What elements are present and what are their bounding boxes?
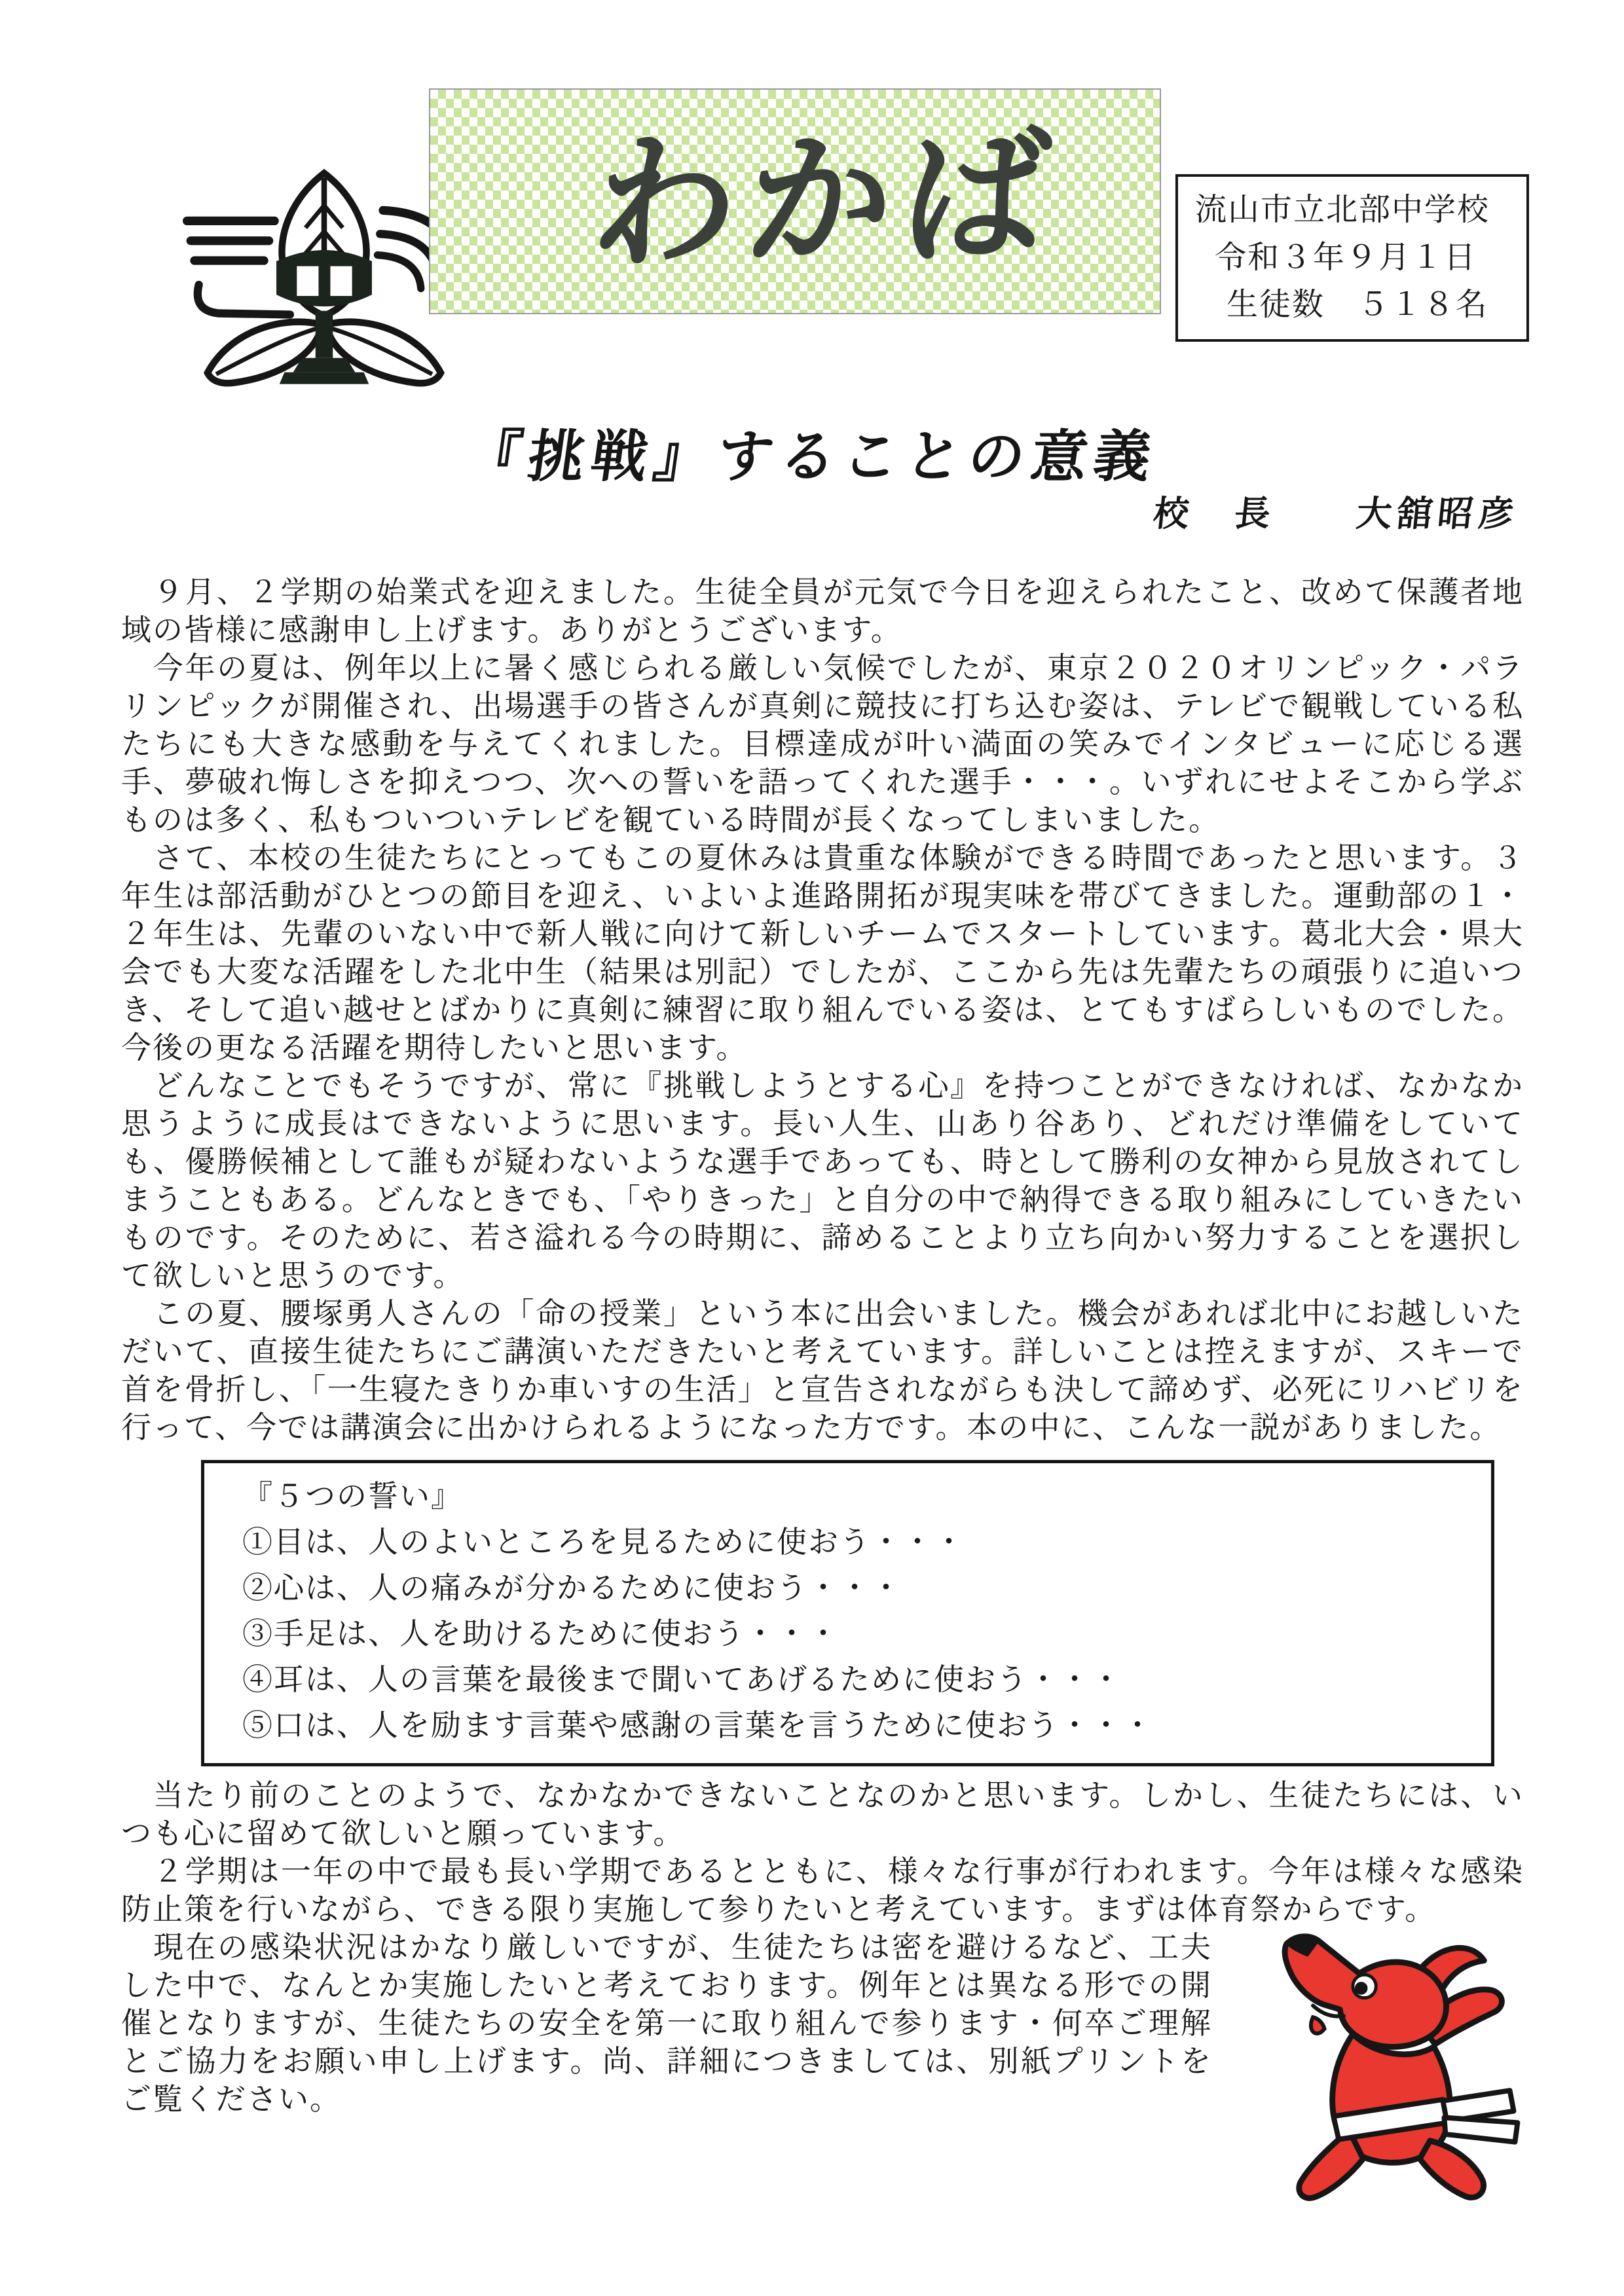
mascot-ribbon-lower bbox=[1444, 2117, 1517, 2141]
mascot-figure bbox=[1236, 1910, 1524, 2206]
mascot-pupil bbox=[1355, 1982, 1368, 1995]
pledge-item: ②心は、人の痛みが分かるために使おう・・・ bbox=[242, 1565, 1465, 1611]
newsletter-title-banner: わかば bbox=[429, 88, 1161, 314]
mascot-tongue bbox=[1311, 2017, 1325, 2033]
school-info-box: 流山市立北部中学校 令和３年９月１日 生徒数 ５１８名 bbox=[1175, 174, 1529, 342]
pledge-item: ④耳は、人の言葉を最後まで聞いてあげるために使おう・・・ bbox=[242, 1657, 1465, 1703]
article-title: 『挑戦』することの意義 bbox=[0, 411, 1624, 492]
pledge-box-title: 『５つの誓い』 bbox=[242, 1474, 1465, 1520]
mascot-back-leg bbox=[1420, 2141, 1484, 2198]
newsletter-page: { "banner": { "title": "わかば" }, "icons":… bbox=[0, 0, 1624, 2296]
student-count: 生徒数 ５１８名 bbox=[1195, 282, 1526, 329]
emblem-stem-curve bbox=[198, 285, 290, 314]
school-name: 流山市立北部中学校 bbox=[1195, 187, 1526, 234]
article-paragraph: 当たり前のことのようで、なかなかできないことなのかと思います。しかし、生徒たちに… bbox=[121, 1777, 1524, 1853]
article-paragraph: ９月、２学期の始業式を迎えました。生徒全員が元気で今日を迎えられたこと、改めて保… bbox=[121, 574, 1524, 649]
emblem-speed-lines bbox=[183, 217, 279, 265]
chiba-kun-mascot-illustration bbox=[1249, 1910, 1524, 2206]
pledge-item: ①目は、人のよいところを見るために使おう・・・ bbox=[242, 1520, 1465, 1565]
article-paragraph: この夏、腰塚勇人さんの「命の授業」という本に出会いました。機会があれば北中にお越… bbox=[121, 1295, 1524, 1447]
issue-date: 令和３年９月１日 bbox=[1195, 234, 1526, 282]
article-body: ９月、２学期の始業式を迎えました。生徒全員が元気で今日を迎えられたこと、改めて保… bbox=[121, 574, 1524, 2206]
article-paragraph: ２学期は一年の中で最も長い学期であるとともに、様々な行事が行われます。今年は様々… bbox=[121, 1853, 1524, 1929]
pledge-item: ⑤口は、人を励ます言葉や感謝の言葉を言うために使おう・・・ bbox=[242, 1703, 1465, 1749]
article-paragraph: どんなことでもそうですが、常に『挑戦しようとする心』を持つことができなければ、な… bbox=[121, 1067, 1524, 1295]
five-pledges-box: 『５つの誓い』 ①目は、人のよいところを見るために使おう・・・ ②心は、人の痛み… bbox=[201, 1460, 1494, 1766]
newsletter-title: わかば bbox=[527, 124, 1063, 279]
author-line: 校 長 大舘昭彦 bbox=[1151, 486, 1522, 536]
mascot-front-leg bbox=[1299, 2130, 1363, 2198]
article-paragraph: さて、本校の生徒たちにとってもこの夏休みは貴重な体験ができる時間であったと思いま… bbox=[121, 839, 1524, 1067]
pledge-item: ③手足は、人を助けるために使おう・・・ bbox=[242, 1611, 1465, 1657]
article-paragraph: 今年の夏は、例年以上に暑く感じられる厳しい気候でしたが、東京２０２０オリンピック… bbox=[121, 649, 1524, 839]
